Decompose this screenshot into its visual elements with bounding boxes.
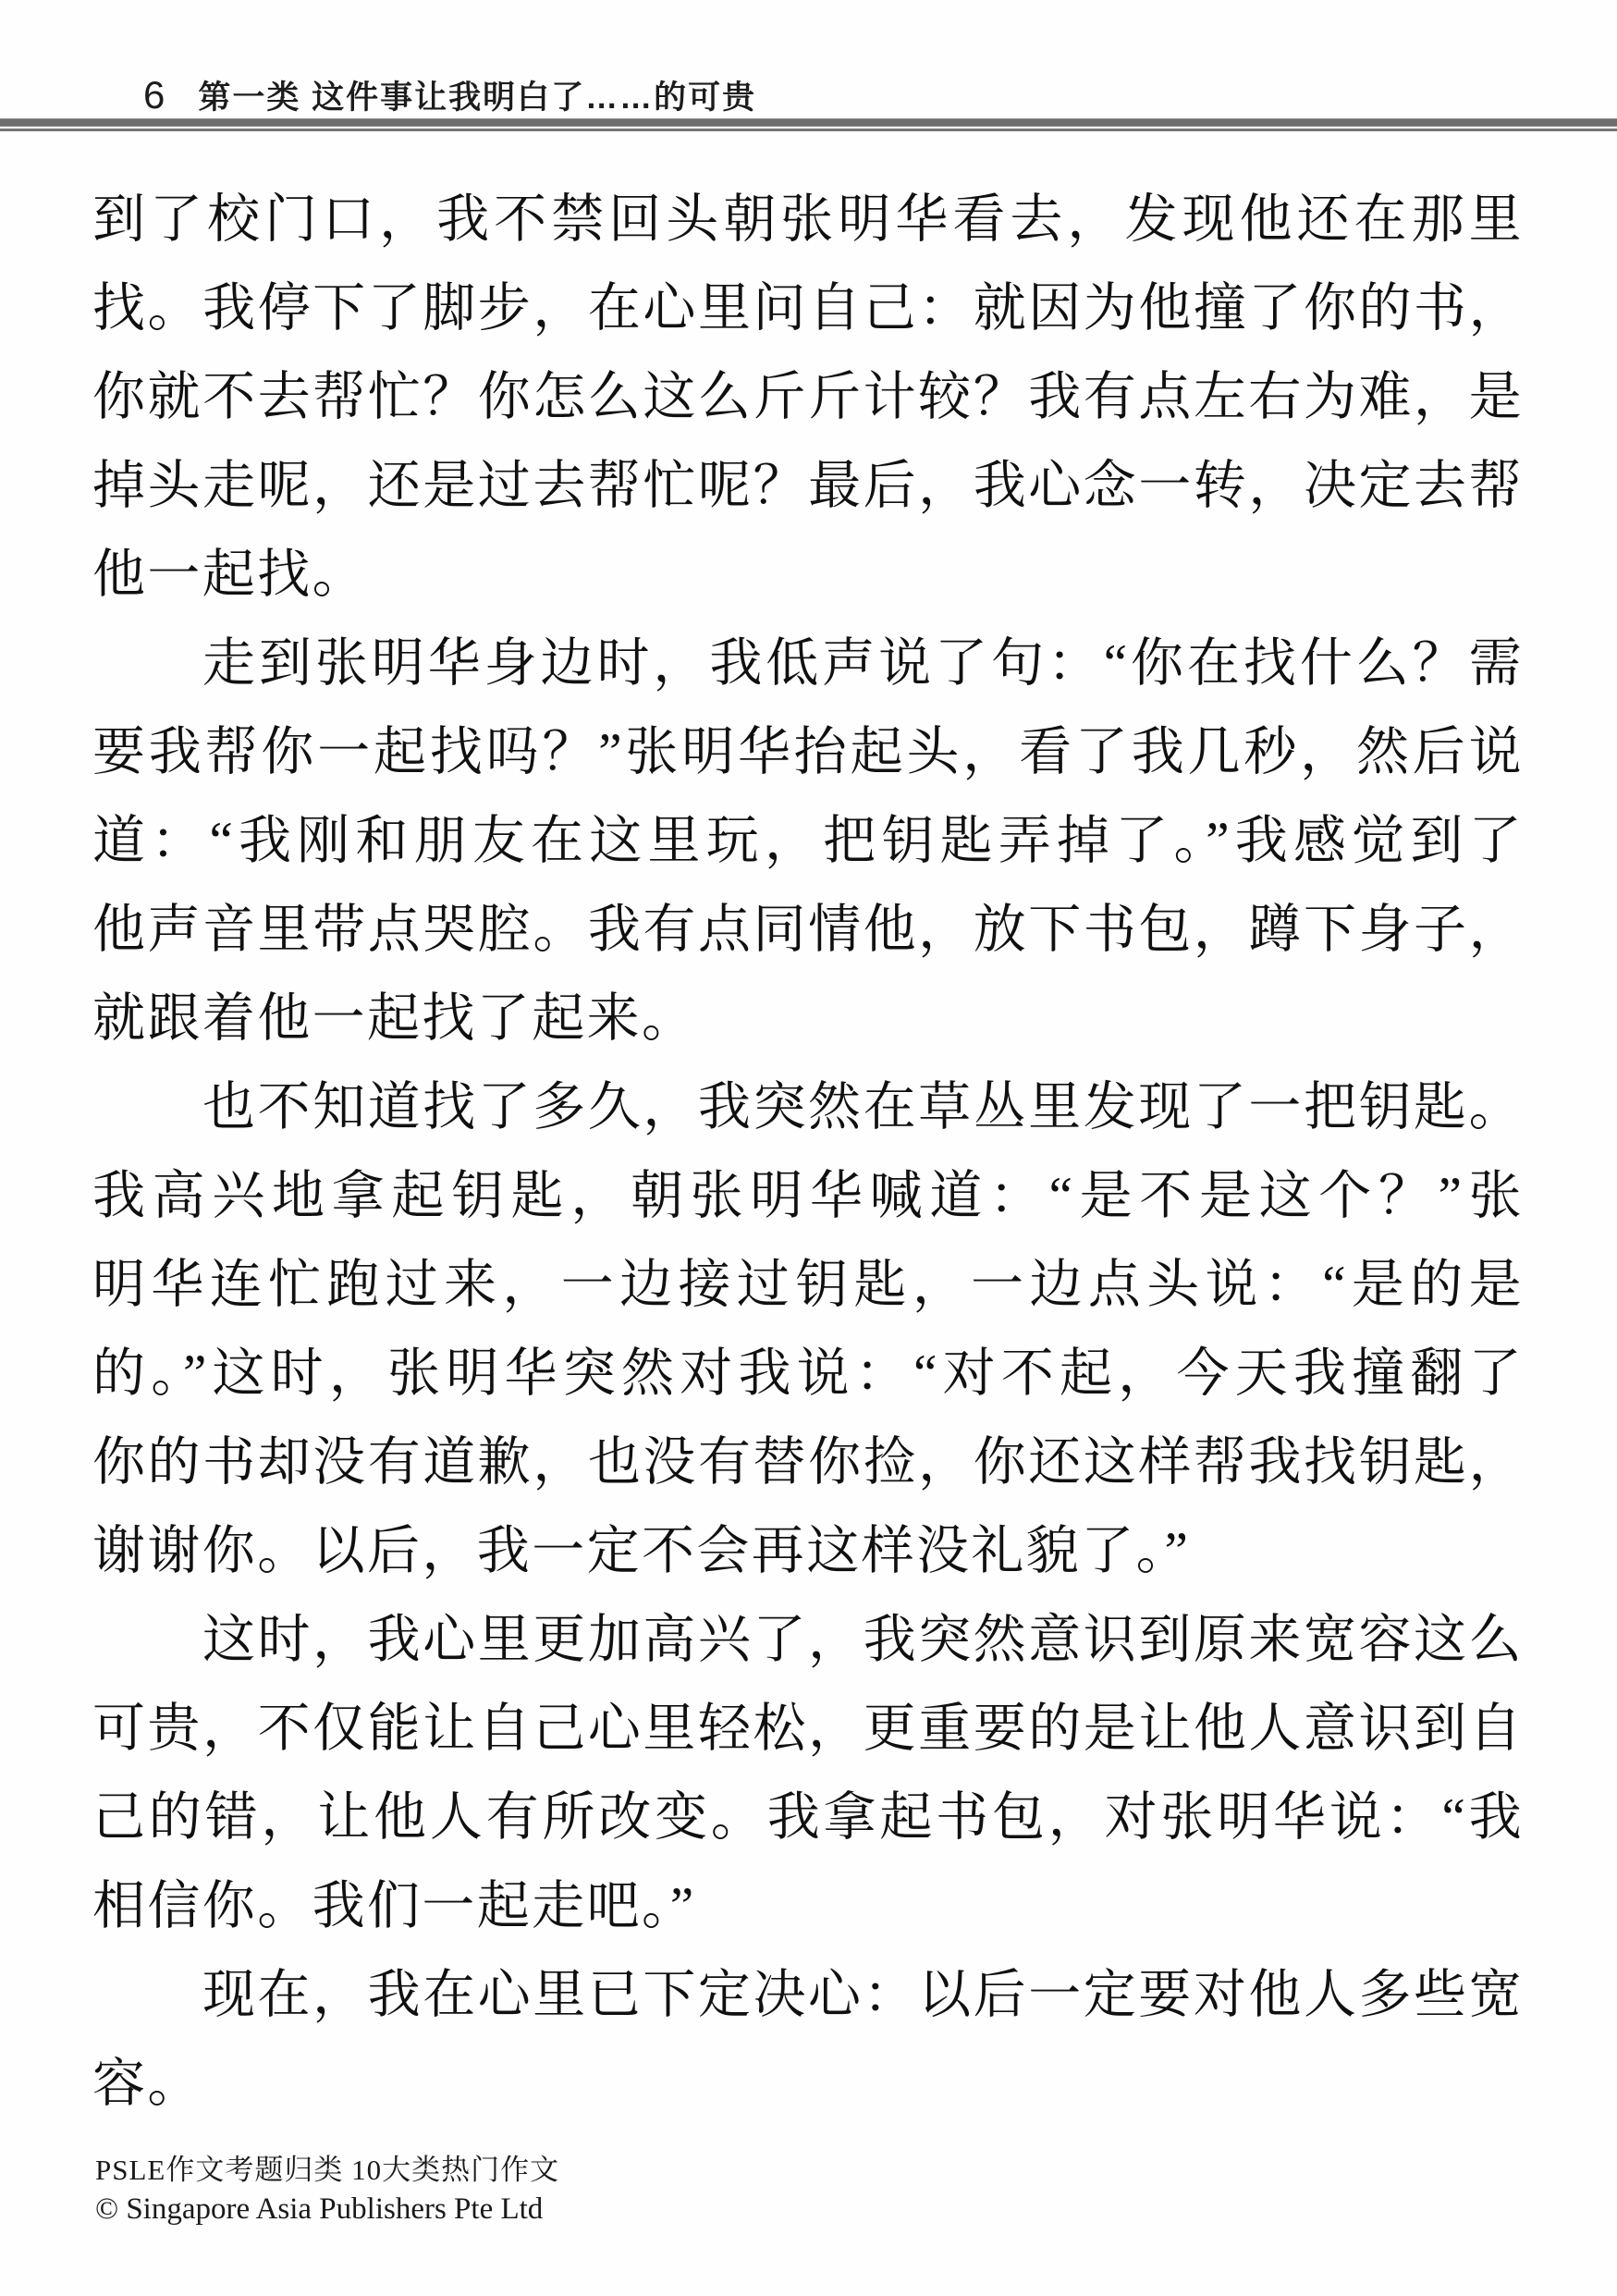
page-number: 6 xyxy=(143,76,165,115)
essay-line: 的。”这时，张明华突然对我说：“对不起，今天我撞翻了 xyxy=(92,1330,1524,1418)
essay-line: 到了校门口，我不禁回头朝张明华看去，发现他还在那里 xyxy=(92,176,1524,264)
essay-line: 己的错，让他人有所改变。我拿起书包，对张明华说：“我 xyxy=(92,1774,1524,1862)
essay-line: 他一起找。 xyxy=(92,531,1524,620)
scanned-book-page: 6 第一类 这件事让我明白了……的可贵 到了校门口，我不禁回头朝张明华看去，发现… xyxy=(0,0,1617,2296)
essay-line: 道：“我刚和朋友在这里玩，把钥匙弄掉了。”我感觉到了 xyxy=(92,797,1524,886)
essay-line: 掉头走呢，还是过去帮忙呢？最后，我心念一转，决定去帮 xyxy=(92,442,1524,531)
essay-line: 他声音里带点哭腔。我有点同情他，放下书包，蹲下身子， xyxy=(92,886,1524,975)
essay-line: 你就不去帮忙？你怎么这么斤斤计较？我有点左右为难，是 xyxy=(92,353,1524,442)
header-rule-thick xyxy=(0,118,1617,127)
essay-line: 你的书却没有道歉，也没有替你捡，你还这样帮我找钥匙， xyxy=(92,1418,1524,1507)
essay-line: 也不知道找了多久，我突然在草丛里发现了一把钥匙。 xyxy=(92,1063,1524,1152)
essay-line: 我高兴地拿起钥匙，朝张明华喊道：“是不是这个？”张 xyxy=(92,1152,1524,1241)
header-rule-thin xyxy=(0,129,1617,131)
chapter-title: 第一类 这件事让我明白了……的可贵 xyxy=(198,81,756,114)
essay-body: 到了校门口，我不禁回头朝张明华看去，发现他还在那里 找。我停下了脚步，在心里问自… xyxy=(92,176,1524,2129)
footer-series-title: PSLE作文考题归类 10大类热门作文 xyxy=(95,2151,559,2190)
essay-line: 谢谢你。以后，我一定不会再这样没礼貌了。” xyxy=(92,1507,1524,1596)
essay-line: 可贵，不仅能让自己心里轻松，更重要的是让他人意识到自 xyxy=(92,1685,1524,1774)
footer-copyright: © Singapore Asia Publishers Pte Ltd xyxy=(95,2190,559,2228)
essay-line: 走到张明华身边时，我低声说了句：“你在找什么？需 xyxy=(92,620,1524,708)
running-header: 6 第一类 这件事让我明白了……的可贵 xyxy=(143,76,756,115)
essay-line: 找。我停下了脚步，在心里问自己：就因为他撞了你的书， xyxy=(92,264,1524,353)
essay-line: 相信你。我们一起走吧。” xyxy=(92,1862,1524,1951)
essay-line: 这时，我心里更加高兴了，我突然意识到原来宽容这么 xyxy=(92,1596,1524,1685)
essay-line: 要我帮你一起找吗？”张明华抬起头，看了我几秒，然后说 xyxy=(92,708,1524,797)
essay-line: 现在，我在心里已下定决心：以后一定要对他人多些宽 xyxy=(92,1951,1524,2040)
page-footer: PSLE作文考题归类 10大类热门作文 © Singapore Asia Pub… xyxy=(95,2151,559,2228)
essay-line: 明华连忙跑过来，一边接过钥匙，一边点头说：“是的是 xyxy=(92,1241,1524,1330)
essay-line: 就跟着他一起找了起来。 xyxy=(92,975,1524,1063)
essay-line: 容。 xyxy=(92,2040,1524,2129)
